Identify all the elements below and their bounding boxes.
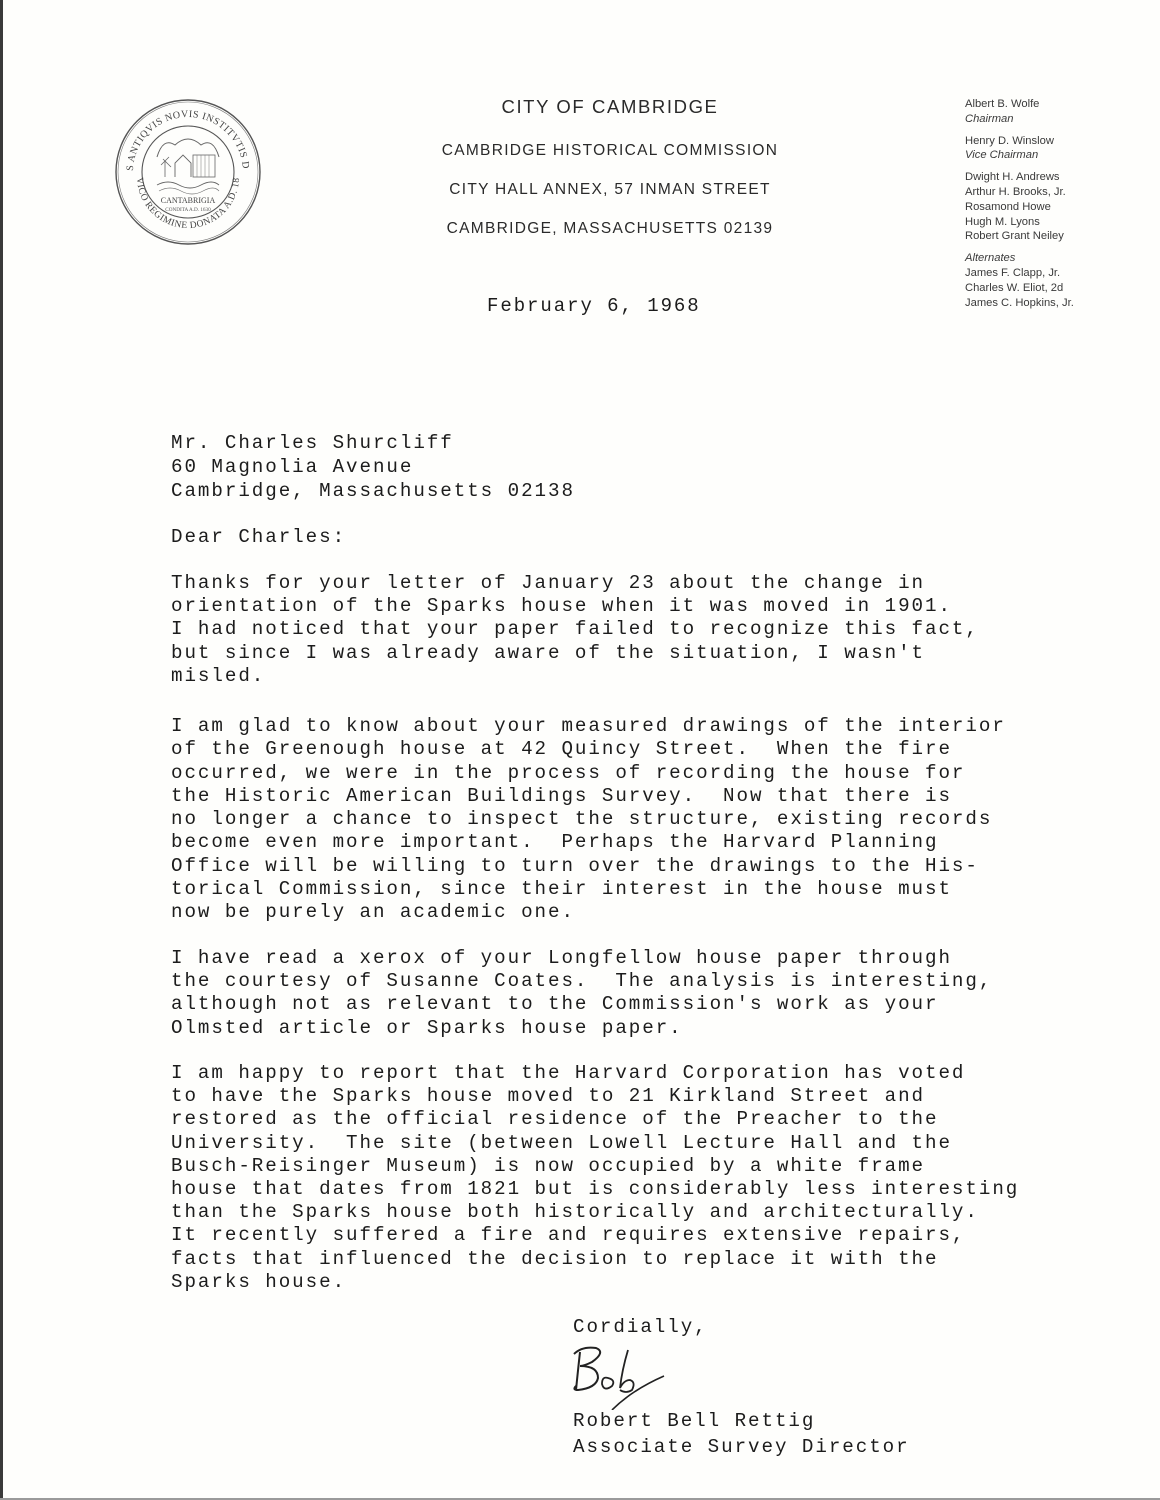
letter-date: February 6, 1968 [487, 295, 701, 317]
member-name: Arthur H. Brooks, Jr. [965, 185, 1155, 200]
member-name: Robert Grant Neiley [965, 229, 1155, 244]
letterhead-city: CITY OF CAMBRIDGE [380, 92, 840, 122]
page-left-edge [0, 0, 3, 1500]
member-name: Henry D. Winslow [965, 134, 1155, 149]
recipient-name: Mr. Charles Shurcliff [171, 431, 575, 455]
body-paragraph: Thanks for your letter of January 23 abo… [171, 572, 979, 688]
member-name: Rosamond Howe [965, 200, 1155, 215]
member-name: Hugh M. Lyons [965, 215, 1155, 230]
closing: Cordially, [573, 1316, 708, 1338]
signer-block: Robert Bell RettigAssociate Survey Direc… [573, 1408, 910, 1460]
body-paragraph: I am happy to report that the Harvard Co… [171, 1062, 1019, 1294]
member-chairman: Albert B. Wolfe Chairman [965, 97, 1155, 127]
member-name: Charles W. Eliot, 2d [965, 281, 1155, 296]
member-vice-chairman: Henry D. Winslow Vice Chairman [965, 134, 1155, 164]
letterhead-commission: CAMBRIDGE HISTORICAL COMMISSION [380, 131, 840, 170]
svg-text:LITERIS ANTIQVIS NOVIS INSTITV: LITERIS ANTIQVIS NOVIS INSTITVTIS DECORA [113, 97, 251, 171]
recipient-address: Mr. Charles Shurcliff60 Magnolia AvenueC… [171, 431, 575, 503]
commission-members: Albert B. Wolfe Chairman Henry D. Winslo… [965, 97, 1155, 317]
member-role: Vice Chairman [965, 148, 1155, 163]
handwritten-signature: Bob [562, 1340, 672, 1410]
recipient-street: 60 Magnolia Avenue [171, 455, 575, 479]
city-seal-icon: LITERIS ANTIQVIS NOVIS INSTITVTIS DECORA… [113, 97, 263, 247]
letterhead-street: CITY HALL ANNEX, 57 INMAN STREET [380, 170, 840, 209]
letterhead: CITY OF CAMBRIDGE CAMBRIDGE HISTORICAL C… [380, 92, 840, 248]
signer-title: Associate Survey Director [573, 1434, 910, 1460]
letterhead-city-state-zip: CAMBRIDGE, MASSACHUSETTS 02139 [380, 209, 840, 248]
body-paragraph: I have read a xerox of your Longfellow h… [171, 947, 992, 1040]
seal-center-text: CANTABRIGIA [161, 196, 216, 205]
alternates-list: Alternates James F. Clapp, Jr. Charles W… [965, 251, 1155, 310]
seal-outer-text: LITERIS ANTIQVIS NOVIS INSTITVTIS DECORA [113, 97, 251, 171]
alternates-label: Alternates [965, 251, 1155, 266]
member-name: Dwight H. Andrews [965, 170, 1155, 185]
salutation: Dear Charles: [171, 526, 346, 548]
member-name: James C. Hopkins, Jr. [965, 296, 1155, 311]
member-name: James F. Clapp, Jr. [965, 266, 1155, 281]
body-paragraph: I am glad to know about your measured dr… [171, 715, 1006, 925]
recipient-city: Cambridge, Massachusetts 02138 [171, 479, 575, 503]
signer-name: Robert Bell Rettig [573, 1408, 910, 1434]
commissioner-list: Dwight H. Andrews Arthur H. Brooks, Jr. … [965, 170, 1155, 244]
seal-founded-text: CONDITA A.D. 1630 [165, 207, 211, 213]
member-name: Albert B. Wolfe [965, 97, 1155, 112]
member-role: Chairman [965, 112, 1155, 127]
